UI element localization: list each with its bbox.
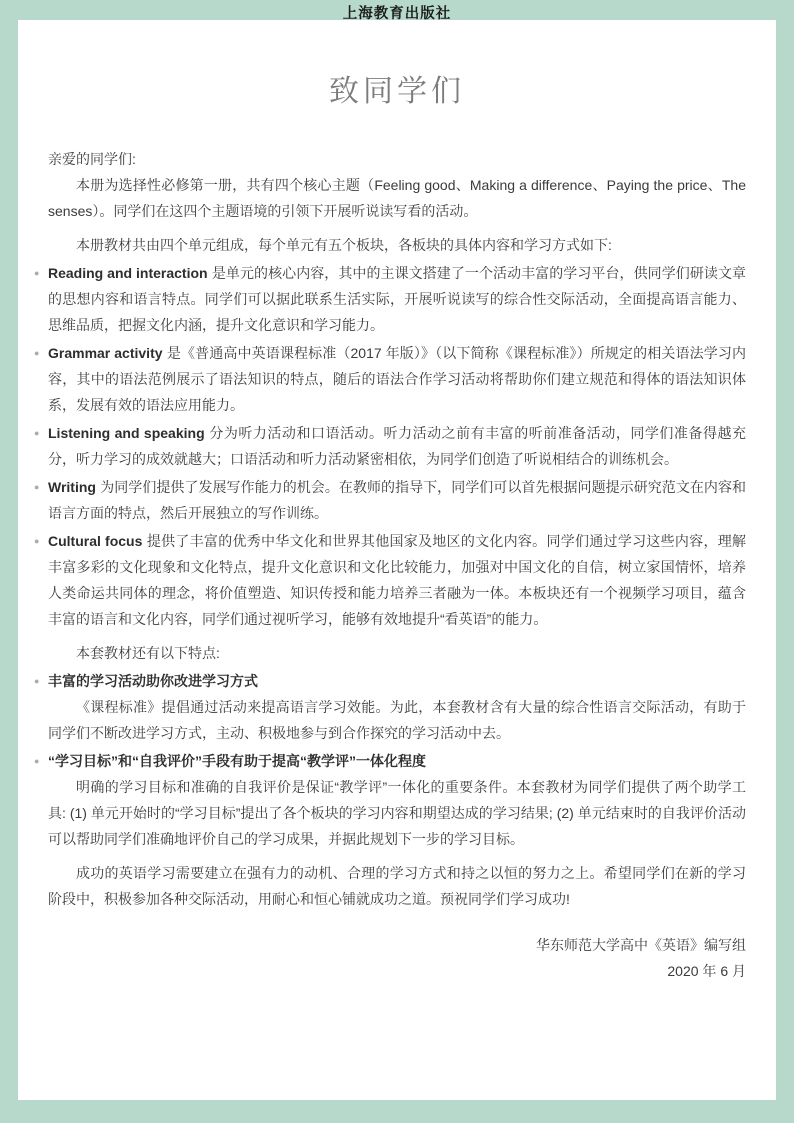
- signature-date: 2020 年 6 月: [48, 958, 746, 984]
- unit-section-writing: ● Writing为同学们提供了发展写作能力的机会。在教师的指导下，同学们可以首…: [48, 474, 746, 526]
- section-term: Reading and interaction: [48, 265, 208, 281]
- salutation: 亲爱的同学们:: [48, 146, 746, 172]
- unit-section-reading: ● Reading and interaction是单元的核心内容，其中的主课文…: [48, 260, 746, 338]
- bullet-icon: ●: [34, 668, 39, 694]
- feature-item-goals-evaluation: ● “学习目标”和“自我评价”手段有助于提高“教学评”一体化程度: [48, 748, 746, 774]
- features-intro: 本套教材还有以下特点:: [48, 640, 746, 666]
- feature-heading: “学习目标”和“自我评价”手段有助于提高“教学评”一体化程度: [48, 748, 746, 774]
- bullet-icon: ●: [34, 528, 39, 554]
- feature-heading: 丰富的学习活动助你改进学习方式: [48, 668, 746, 694]
- bullet-icon: ●: [34, 340, 39, 366]
- bullet-icon: ●: [34, 474, 39, 500]
- feature-body: 《课程标准》提倡通过活动来提高语言学习效能。为此，本套教材含有大量的综合性语言交…: [48, 694, 746, 746]
- signature-block: 华东师范大学高中《英语》编写组 2020 年 6 月: [48, 932, 746, 984]
- section-term: Writing: [48, 479, 96, 495]
- section-term: Listening and speaking: [48, 425, 205, 441]
- feature-body: 明确的学习目标和准确的自我评价是保证“教学评”一体化的重要条件。本套教材为同学们…: [48, 774, 746, 852]
- closing-paragraph: 成功的英语学习需要建立在强有力的动机、合理的学习方式和持之以恒的努力之上。希望同…: [48, 860, 746, 912]
- feature-item-activities: ● 丰富的学习活动助你改进学习方式: [48, 668, 746, 694]
- unit-section-list: ● Reading and interaction是单元的核心内容，其中的主课文…: [48, 260, 746, 632]
- unit-section-cultural-focus: ● Cultural focus提供了丰富的优秀中华文化和世界其他国家及地区的文…: [48, 528, 746, 632]
- unit-section-grammar: ● Grammar activity是《普通高中英语课程标准（2017 年版）》…: [48, 340, 746, 418]
- section-term: Grammar activity: [48, 345, 163, 361]
- section-term: Cultural focus: [48, 533, 142, 549]
- intro-paragraph-2: 本册教材共由四个单元组成，每个单元有五个板块，各板块的具体内容和学习方式如下:: [48, 232, 746, 258]
- intro-paragraph-1: 本册为选择性必修第一册，共有四个核心主题（Feeling good、Making…: [48, 172, 746, 224]
- signature-author: 华东师范大学高中《英语》编写组: [48, 932, 746, 958]
- feature-list: ● 丰富的学习活动助你改进学习方式 《课程标准》提倡通过活动来提高语言学习效能。…: [48, 668, 746, 852]
- unit-section-listening-speaking: ● Listening and speaking分为听力活动和口语活动。听力活动…: [48, 420, 746, 472]
- section-description: 提供了丰富的优秀中华文化和世界其他国家及地区的文化内容。同学们通过学习这些内容，…: [48, 533, 746, 627]
- section-description: 为同学们提供了发展写作能力的机会。在教师的指导下，同学们可以首先根据问题提示研究…: [48, 479, 746, 521]
- bullet-icon: ●: [34, 260, 39, 286]
- bullet-icon: ●: [34, 748, 39, 774]
- page-title: 致同学们: [48, 66, 746, 110]
- bullet-icon: ●: [34, 420, 39, 446]
- content-sheet: 致同学们 亲爱的同学们: 本册为选择性必修第一册，共有四个核心主题（Feelin…: [18, 20, 776, 1100]
